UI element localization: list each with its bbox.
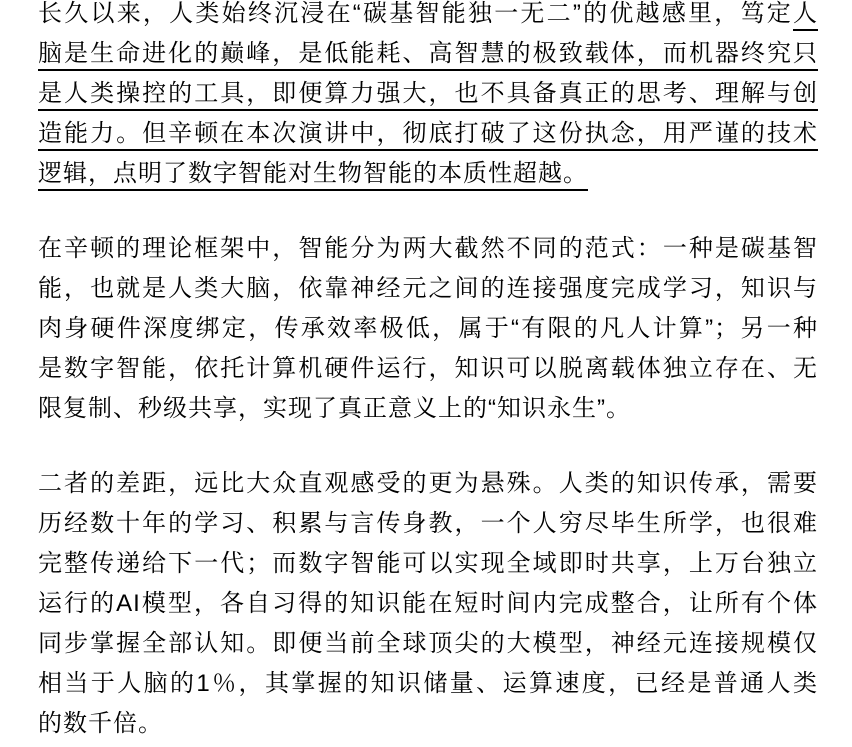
underlined-text-segment: 逻辑，点明了数字智能对生物智能的本质性超越。 [38,160,588,187]
text-segment: 同步掌握全部认知。即便当前全球顶尖的大模型，神经元连接规模仅 [38,630,818,657]
text-line: 造能力。但辛顿在本次演讲中，彻底打破了这份执念，用严谨的技术 [38,114,818,154]
text-segment: 长久以来，人类始终沉浸在“碳基智能独一无二”的优越感里，笃定 [38,0,793,27]
text-line: 二者的差距，远比大众直观感受的更为悬殊。人类的知识传承，需要 [38,464,818,504]
text-segment: 限复制、秒级共享，实现了真正意义上的“知识永生”。 [38,395,631,422]
text-line: 历经数十年的学习、积累与言传身教，一个人穷尽毕生所学，也很难 [38,504,818,544]
text-line: 逻辑，点明了数字智能对生物智能的本质性超越。 [38,154,818,194]
text-line: 能，也就是人类大脑，依靠神经元之间的连接强度完成学习，知识与 [38,269,818,309]
text-line: 是人类操控的工具，即便算力强大，也不具备真正的思考、理解与创 [38,74,818,114]
text-line: 是数字智能，依托计算机硬件运行，知识可以脱离载体独立存在、无 [38,349,818,389]
text-line: 肉身硬件深度绑定，传承效率极低，属于“有限的凡人计算”；另一种 [38,309,818,349]
underlined-text-segment: 造能力。但辛顿在本次演讲中，彻底打破了这份执念，用严谨的技术 [38,120,818,147]
text-line: 脑是生命进化的巅峰，是低能耗、高智慧的极致载体，而机器终究只 [38,34,818,74]
text-line: 在辛顿的理论框架中，智能分为两大截然不同的范式：一种是碳基智 [38,229,818,269]
text-line: 同步掌握全部认知。即便当前全球顶尖的大模型，神经元连接规模仅 [38,624,818,664]
text-segment: 相当于人脑的1％，其掌握的知识储量、运算速度，已经是普通人类 [38,670,818,697]
text-line: 限复制、秒级共享，实现了真正意义上的“知识永生”。 [38,389,818,429]
text-segment: 二者的差距，远比大众直观感受的更为悬殊。人类的知识传承，需要 [38,470,818,497]
text-line: 相当于人脑的1％，其掌握的知识储量、运算速度，已经是普通人类 [38,664,818,704]
text-segment: 完整传递给下一代；而数字智能可以实现全域即时共享，上万台独立 [38,550,818,577]
text-line: 的数千倍。 [38,704,818,744]
text-line: 完整传递给下一代；而数字智能可以实现全域即时共享，上万台独立 [38,544,818,584]
text-segment: 历经数十年的学习、积累与言传身教，一个人穷尽毕生所学，也很难 [38,510,818,537]
underlined-text-segment: 人 [793,0,818,27]
paragraph-3: 二者的差距，远比大众直观感受的更为悬殊。人类的知识传承，需要历经数十年的学习、积… [38,464,818,744]
paragraph-2: 在辛顿的理论框架中，智能分为两大截然不同的范式：一种是碳基智能，也就是人类大脑，… [38,229,818,429]
underlined-text-segment: 是人类操控的工具，即便算力强大，也不具备真正的思考、理解与创 [38,80,818,107]
text-segment: 运行的AI模型，各自习得的知识能在短时间内完成整合，让所有个体 [38,590,818,617]
text-line: 长久以来，人类始终沉浸在“碳基智能独一无二”的优越感里，笃定人 [38,0,818,34]
text-segment: 在辛顿的理论框架中，智能分为两大截然不同的范式：一种是碳基智 [38,235,818,262]
text-line: 运行的AI模型，各自习得的知识能在短时间内完成整合，让所有个体 [38,584,818,624]
text-segment: 能，也就是人类大脑，依靠神经元之间的连接强度完成学习，知识与 [38,275,818,302]
underlined-text-segment: 脑是生命进化的巅峰，是低能耗、高智慧的极致载体，而机器终究只 [38,40,818,67]
text-segment: 的数千倍。 [38,710,163,737]
text-segment: 肉身硬件深度绑定，传承效率极低，属于“有限的凡人计算”；另一种 [38,315,818,342]
article-body: 长久以来，人类始终沉浸在“碳基智能独一无二”的优越感里，笃定人脑是生命进化的巅峰… [38,0,818,744]
text-segment: 是数字智能，依托计算机硬件运行，知识可以脱离载体独立存在、无 [38,355,818,382]
paragraph-1: 长久以来，人类始终沉浸在“碳基智能独一无二”的优越感里，笃定人脑是生命进化的巅峰… [38,0,818,194]
